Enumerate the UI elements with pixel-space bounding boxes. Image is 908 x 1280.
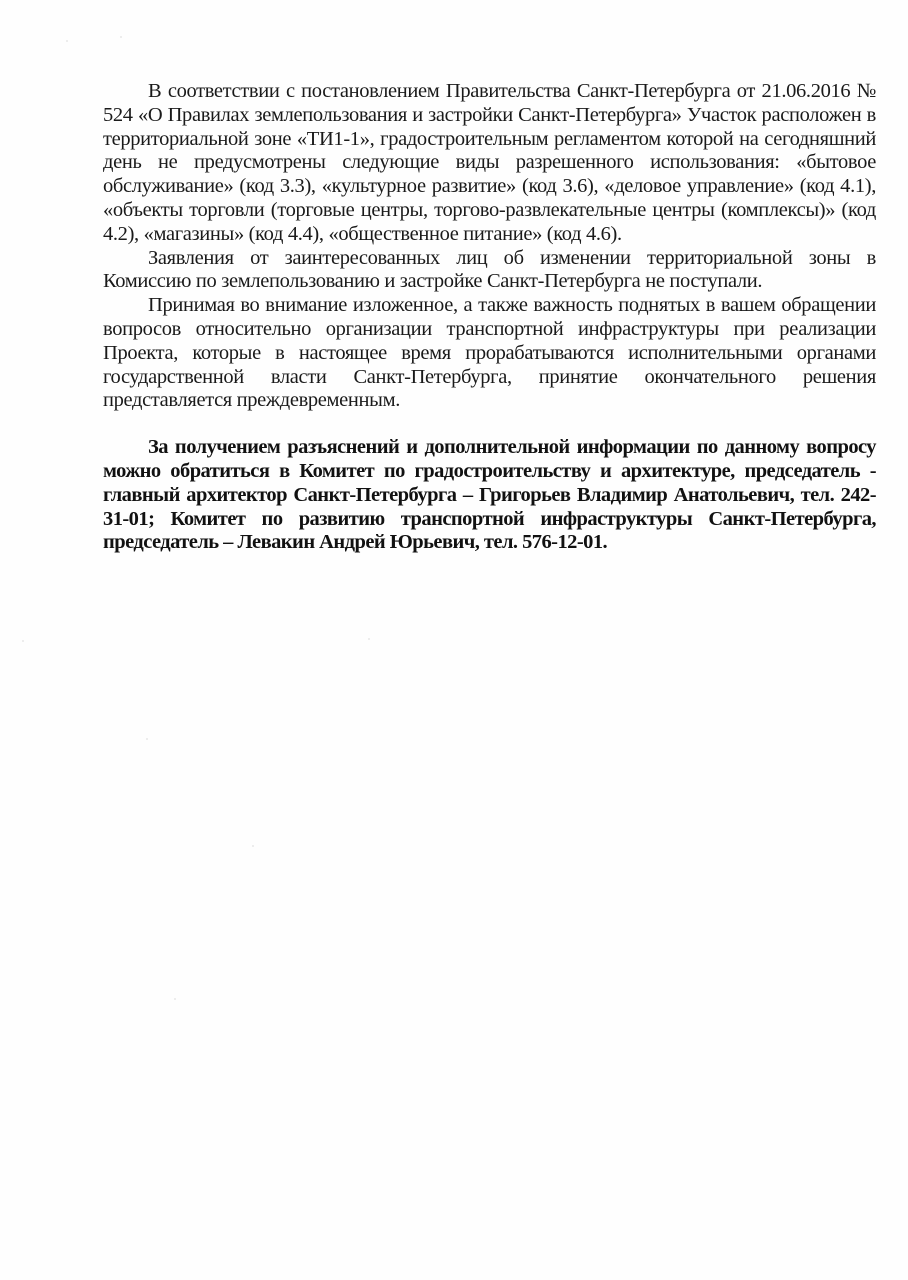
- scan-speck: [174, 998, 176, 1000]
- scan-speck: [146, 738, 148, 740]
- scan-speck: [368, 638, 370, 640]
- paragraph-no-applications: Заявления от заинтересованных лиц об изм…: [103, 247, 876, 295]
- paragraph-conclusion: Принимая во внимание изложенное, а также…: [103, 294, 876, 413]
- document-page: В соответствии с постановлением Правител…: [103, 80, 876, 555]
- scan-speck: [252, 845, 254, 847]
- scan-speck: [120, 36, 122, 38]
- scan-speck: [66, 40, 68, 42]
- scan-speck: [22, 640, 24, 642]
- paragraph-zoning-regulation: В соответствии с постановлением Правител…: [103, 80, 876, 247]
- paragraph-contacts: За получением разъяснений и дополнительн…: [103, 436, 876, 555]
